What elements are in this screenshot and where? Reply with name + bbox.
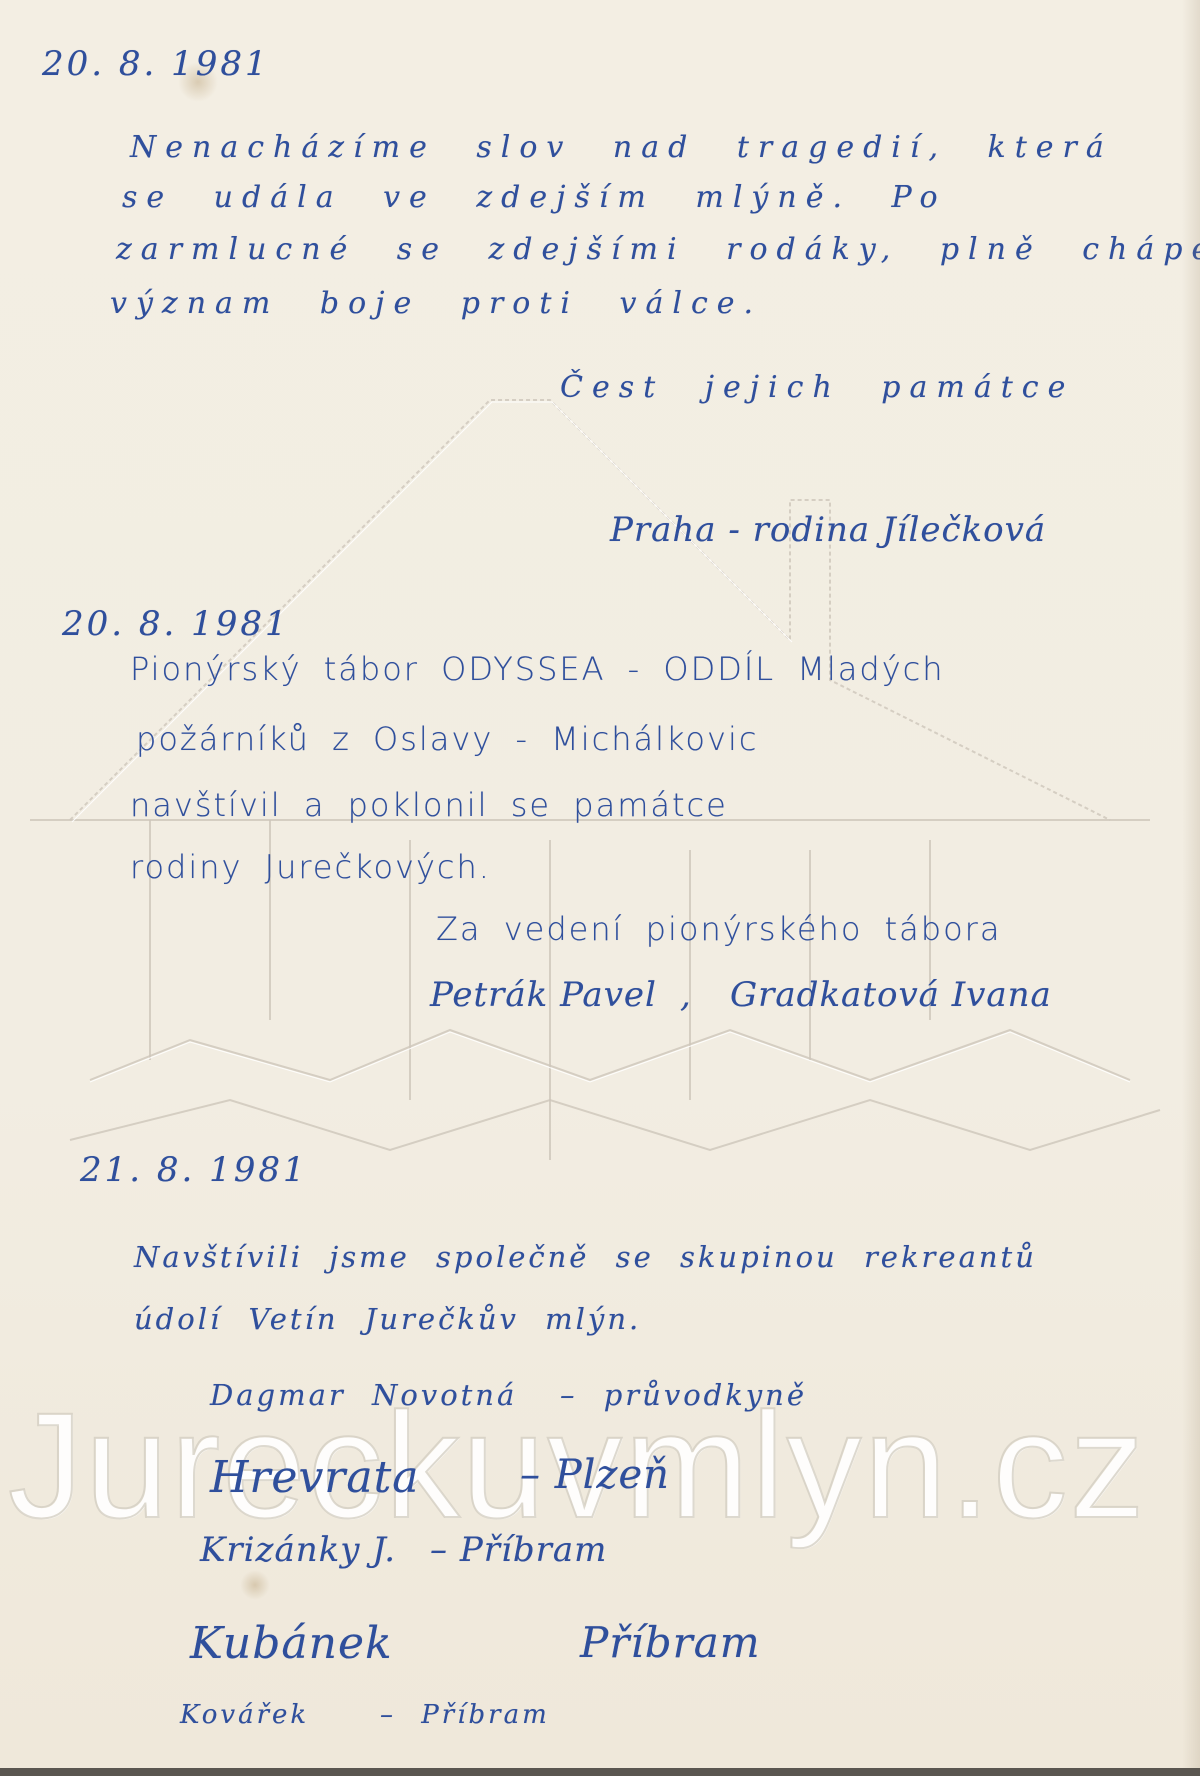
signature-place: – průvodkyně [560, 1378, 807, 1412]
entry-text-line: se udála ve zdejším mlýně. Po [122, 180, 947, 215]
entry-date: 20. 8. 1981 [42, 44, 270, 84]
entry-text-line: význam boje proti válce. [110, 286, 762, 321]
entry-text-line: údolí Vetín Jurečkův mlýn. [134, 1302, 641, 1336]
signature-place-text: Příbram [460, 1530, 608, 1570]
signature-place: – Příbram [430, 1530, 607, 1570]
signature-place: Příbram [580, 1618, 761, 1667]
entry-signature: Gradkatová Ivana [730, 975, 1052, 1015]
signature-name: Krizánky J. [200, 1530, 396, 1570]
entry-text-line: Navštívili jsme společně se skupinou rek… [134, 1240, 1037, 1274]
signature-name: Dagmar Novotná [210, 1378, 517, 1412]
signature-name: Kubánek [190, 1618, 393, 1669]
entry-text-line: navštívil a poklonil se památce [130, 786, 728, 824]
signature-name: Kovářek [180, 1700, 309, 1730]
entry-text-line: Nenacházíme slov nad tragedií, která [130, 130, 1113, 165]
paper-stain [240, 1570, 270, 1600]
signature-place-text: Plzeň [555, 1452, 670, 1498]
entry-signature-separator: , [680, 975, 692, 1015]
entry-closing: Čest jejich památce [560, 370, 1074, 405]
signature-place-text: průvodkyně [604, 1378, 807, 1412]
signature-place: – Plzeň [520, 1452, 670, 1498]
page-bottom-edge [0, 1768, 1200, 1776]
entry-text-line: rodiny Jurečkových. [130, 848, 491, 886]
entry-text-line: požárníků z Oslavy - Michálkovic [136, 720, 758, 758]
entry-text-line: zarmlucné se zdejšími rodáky, plně chápe… [116, 232, 1200, 267]
entry-signature: Praha - rodina Jílečková [610, 510, 1046, 550]
signature-name: Hrevrata [210, 1452, 419, 1503]
page-edge-shadow [1182, 0, 1200, 1776]
entry-text-line: Pionýrský tábor ODYSSEA - ODDÍL Mladých [130, 650, 945, 688]
guestbook-page: Jureckuvmlyn.cz 20. 8. 1981 Nenacházíme … [0, 0, 1200, 1776]
signature-place-text: Příbram [421, 1700, 549, 1730]
entry-date: 21. 8. 1981 [80, 1150, 308, 1190]
signature-place: – Příbram [380, 1700, 550, 1730]
entry-date: 20. 8. 1981 [62, 604, 290, 644]
entry-signature: Petrák Pavel [430, 975, 657, 1015]
entry-closing: Za vedení pionýrského tábora [436, 910, 1001, 948]
